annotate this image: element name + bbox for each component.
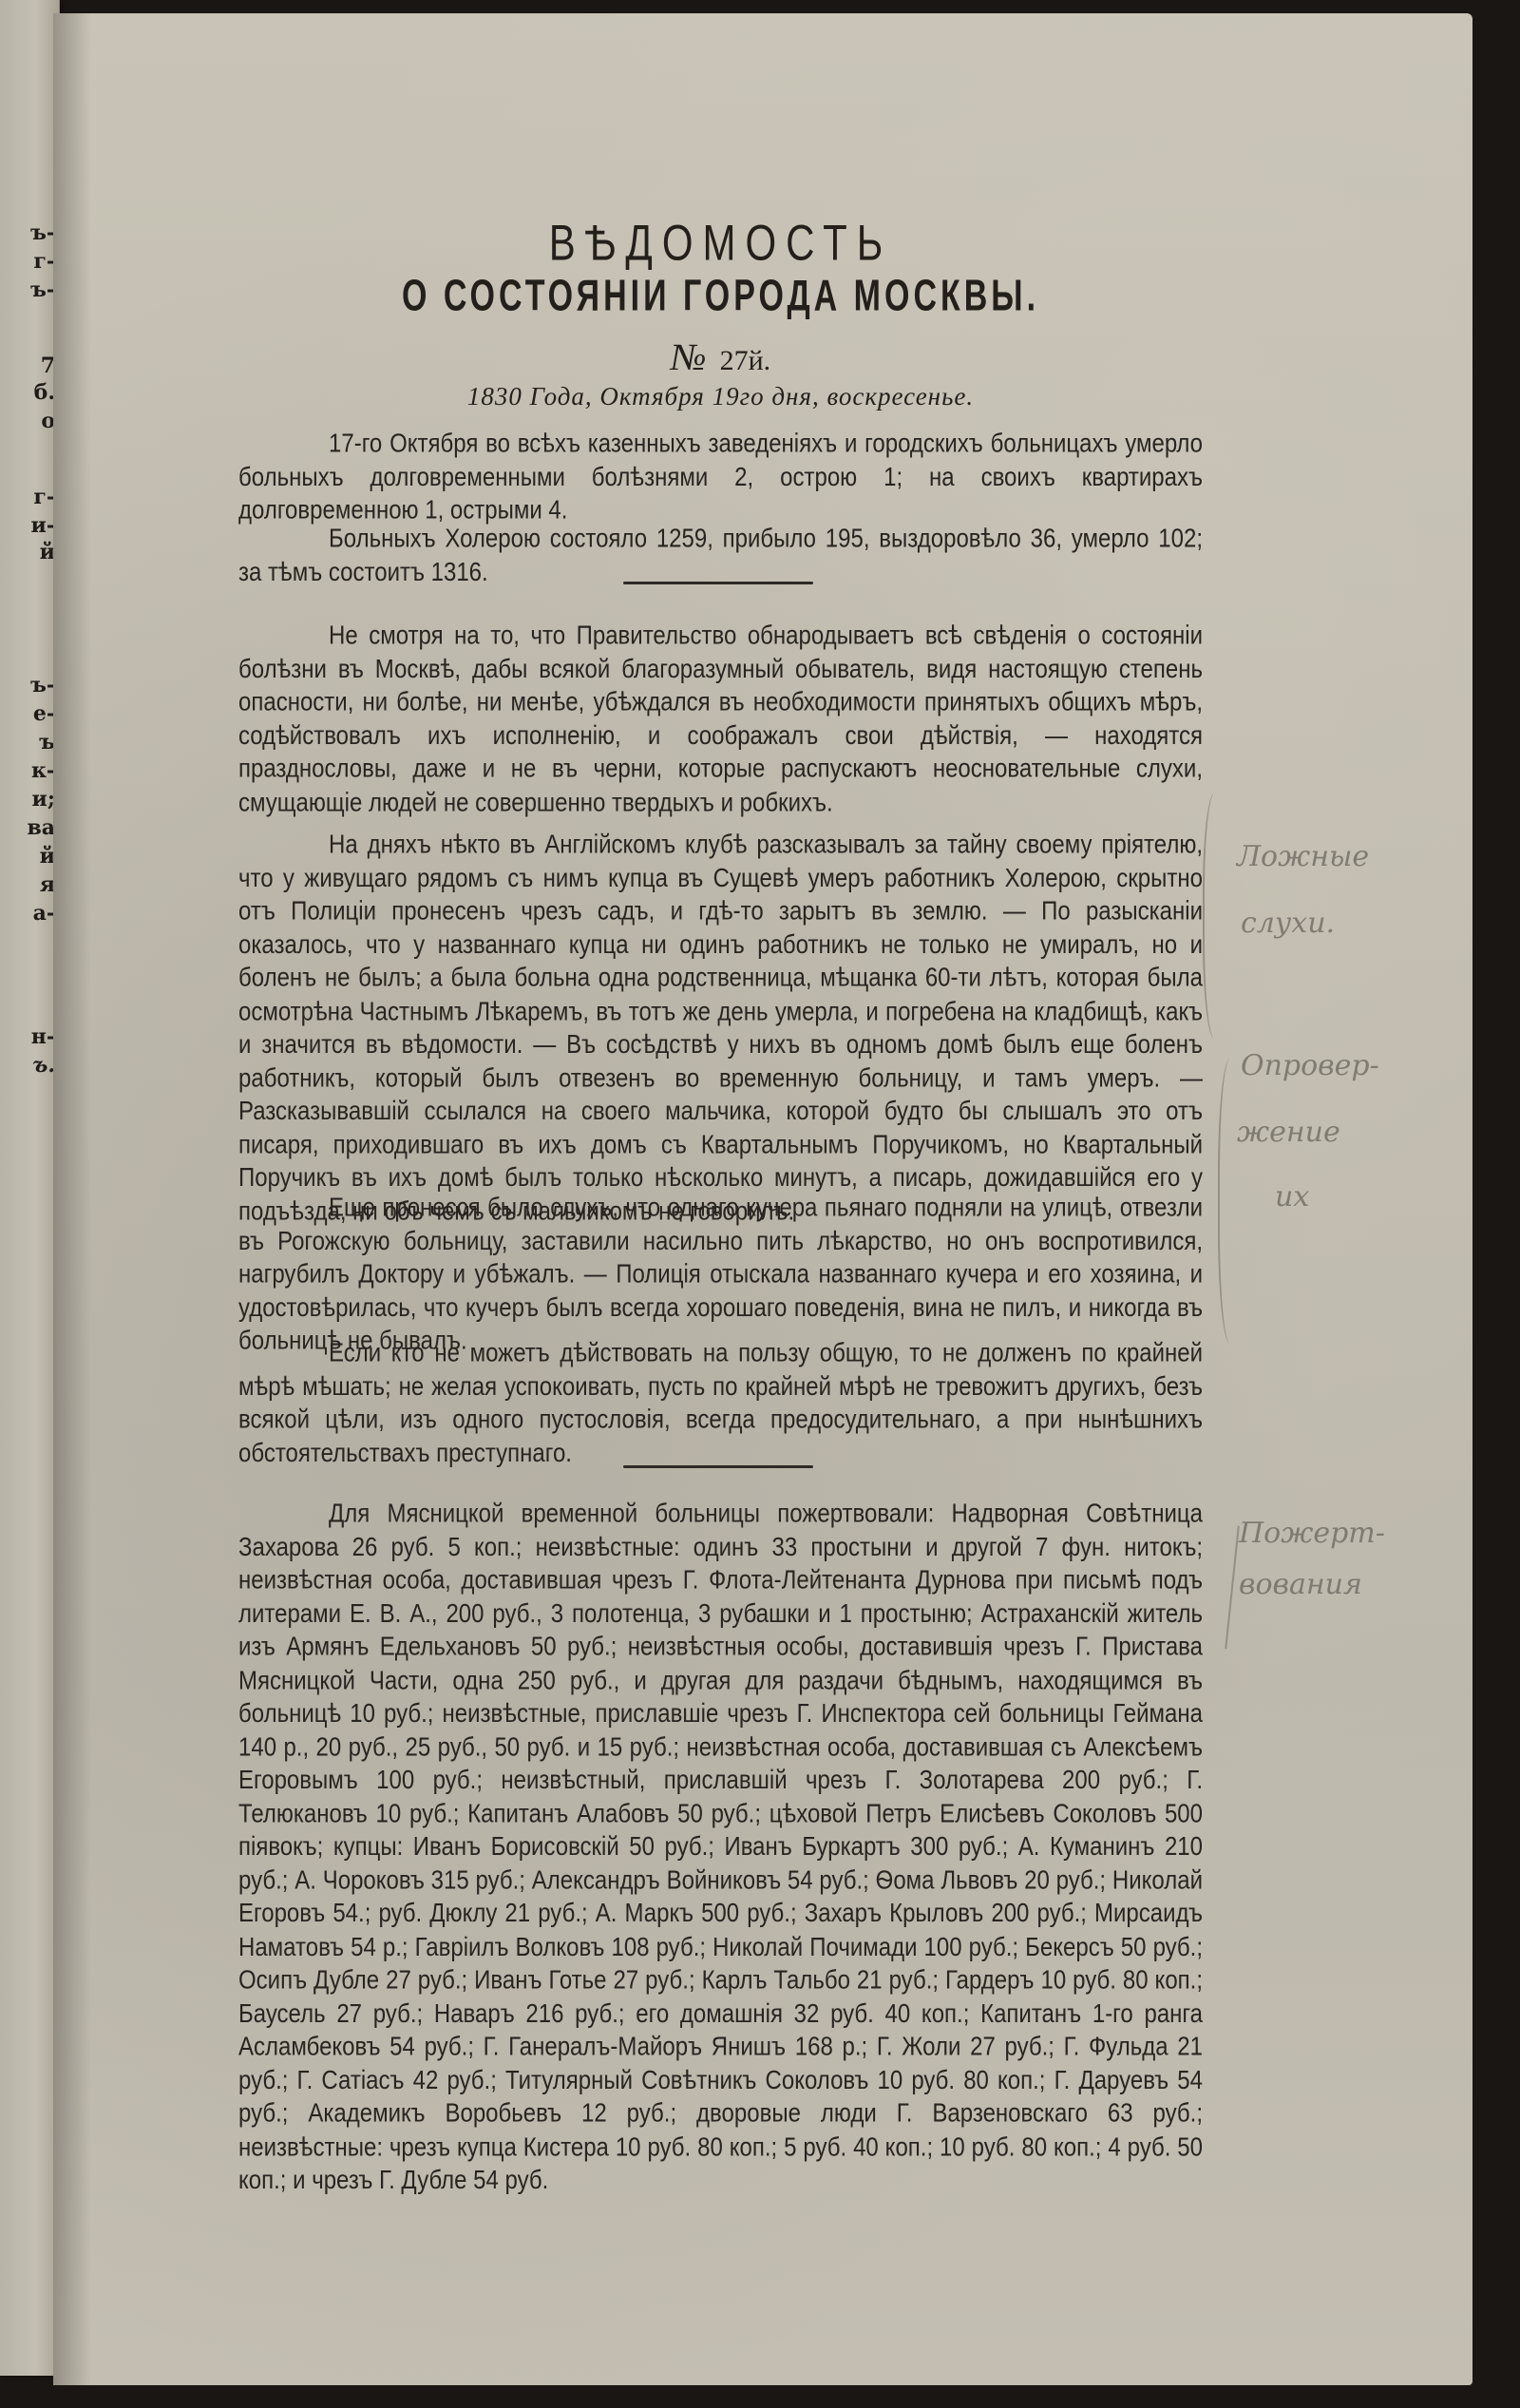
left-page-fragment: к- <box>31 758 55 783</box>
page-subtitle: О СОСТОЯНІИ ГОРОДА МОСКВЫ. <box>238 272 1203 322</box>
pencil-brace <box>1218 1059 1248 1344</box>
left-page-fragment: ъ- <box>30 220 55 245</box>
margin-note: Опровер- <box>1241 1049 1379 1082</box>
previous-page-edge: ъ- г- ъ- 7 б. о г- и- й ъ- е- ъ к- и; ва… <box>0 0 60 2376</box>
left-page-fragment: г- <box>33 485 55 509</box>
left-page-fragment: а- <box>33 901 55 926</box>
paragraph-warning: Если кто не можетъ дѣйствовать на пользу… <box>238 1337 1203 1470</box>
page-title: ВѢДОМОСТЬ <box>238 215 1203 272</box>
section-divider <box>623 582 813 584</box>
margin-note: Ложные <box>1237 840 1369 873</box>
left-page-fragment: е- <box>33 701 55 726</box>
left-page-fragment: ъ. <box>32 1053 55 1078</box>
spine-shadow <box>53 13 91 2385</box>
paragraph-rumors-intro: Не смотря на то, что Правительство обнар… <box>238 620 1203 819</box>
left-page-fragment: ва <box>27 815 55 840</box>
paragraph-cholera-stats: Больныхъ Холерою состояло 1259, прибыло … <box>238 523 1203 589</box>
paragraph-english-club: На дняхъ нѣкто въ Англійскомъ клубѣ разс… <box>238 829 1203 1229</box>
paragraph-donations: Для Мясницкой временной больницы пожертв… <box>238 1498 1203 2198</box>
left-page-fragment: и; <box>32 787 55 812</box>
issue-number-value: 27й. <box>720 345 771 376</box>
margin-note: вования <box>1239 1568 1362 1601</box>
margin-note: жение <box>1237 1116 1340 1149</box>
paragraph-death-report: 17-го Октября во всѣхъ казенныхъ заведен… <box>238 428 1203 527</box>
left-page-fragment: ъ- <box>30 277 55 302</box>
margin-note: слухи. <box>1241 907 1335 940</box>
dateline: 1830 Года, Октября 19го дня, воскресенье… <box>238 382 1203 411</box>
margin-note: Пожерт- <box>1239 1517 1385 1550</box>
left-page-fragment: и- <box>31 513 55 538</box>
newspaper-page: ВѢДОМОСТЬ О СОСТОЯНІИ ГОРОДА МОСКВЫ. №27… <box>53 13 1472 2385</box>
left-page-fragment: б. <box>34 380 55 405</box>
paragraph-coachman: Еще пронесся было слухъ, что однаго куче… <box>238 1192 1203 1358</box>
issue-number: №27й. <box>238 334 1203 379</box>
section-divider <box>623 1465 813 1468</box>
left-page-fragment: ъ- <box>30 673 55 698</box>
pencil-brace <box>1203 793 1233 1040</box>
numero-sign: № <box>671 335 707 378</box>
left-page-fragment: г- <box>33 249 55 274</box>
margin-note: их <box>1275 1180 1309 1214</box>
left-page-fragment: н- <box>31 1024 55 1049</box>
